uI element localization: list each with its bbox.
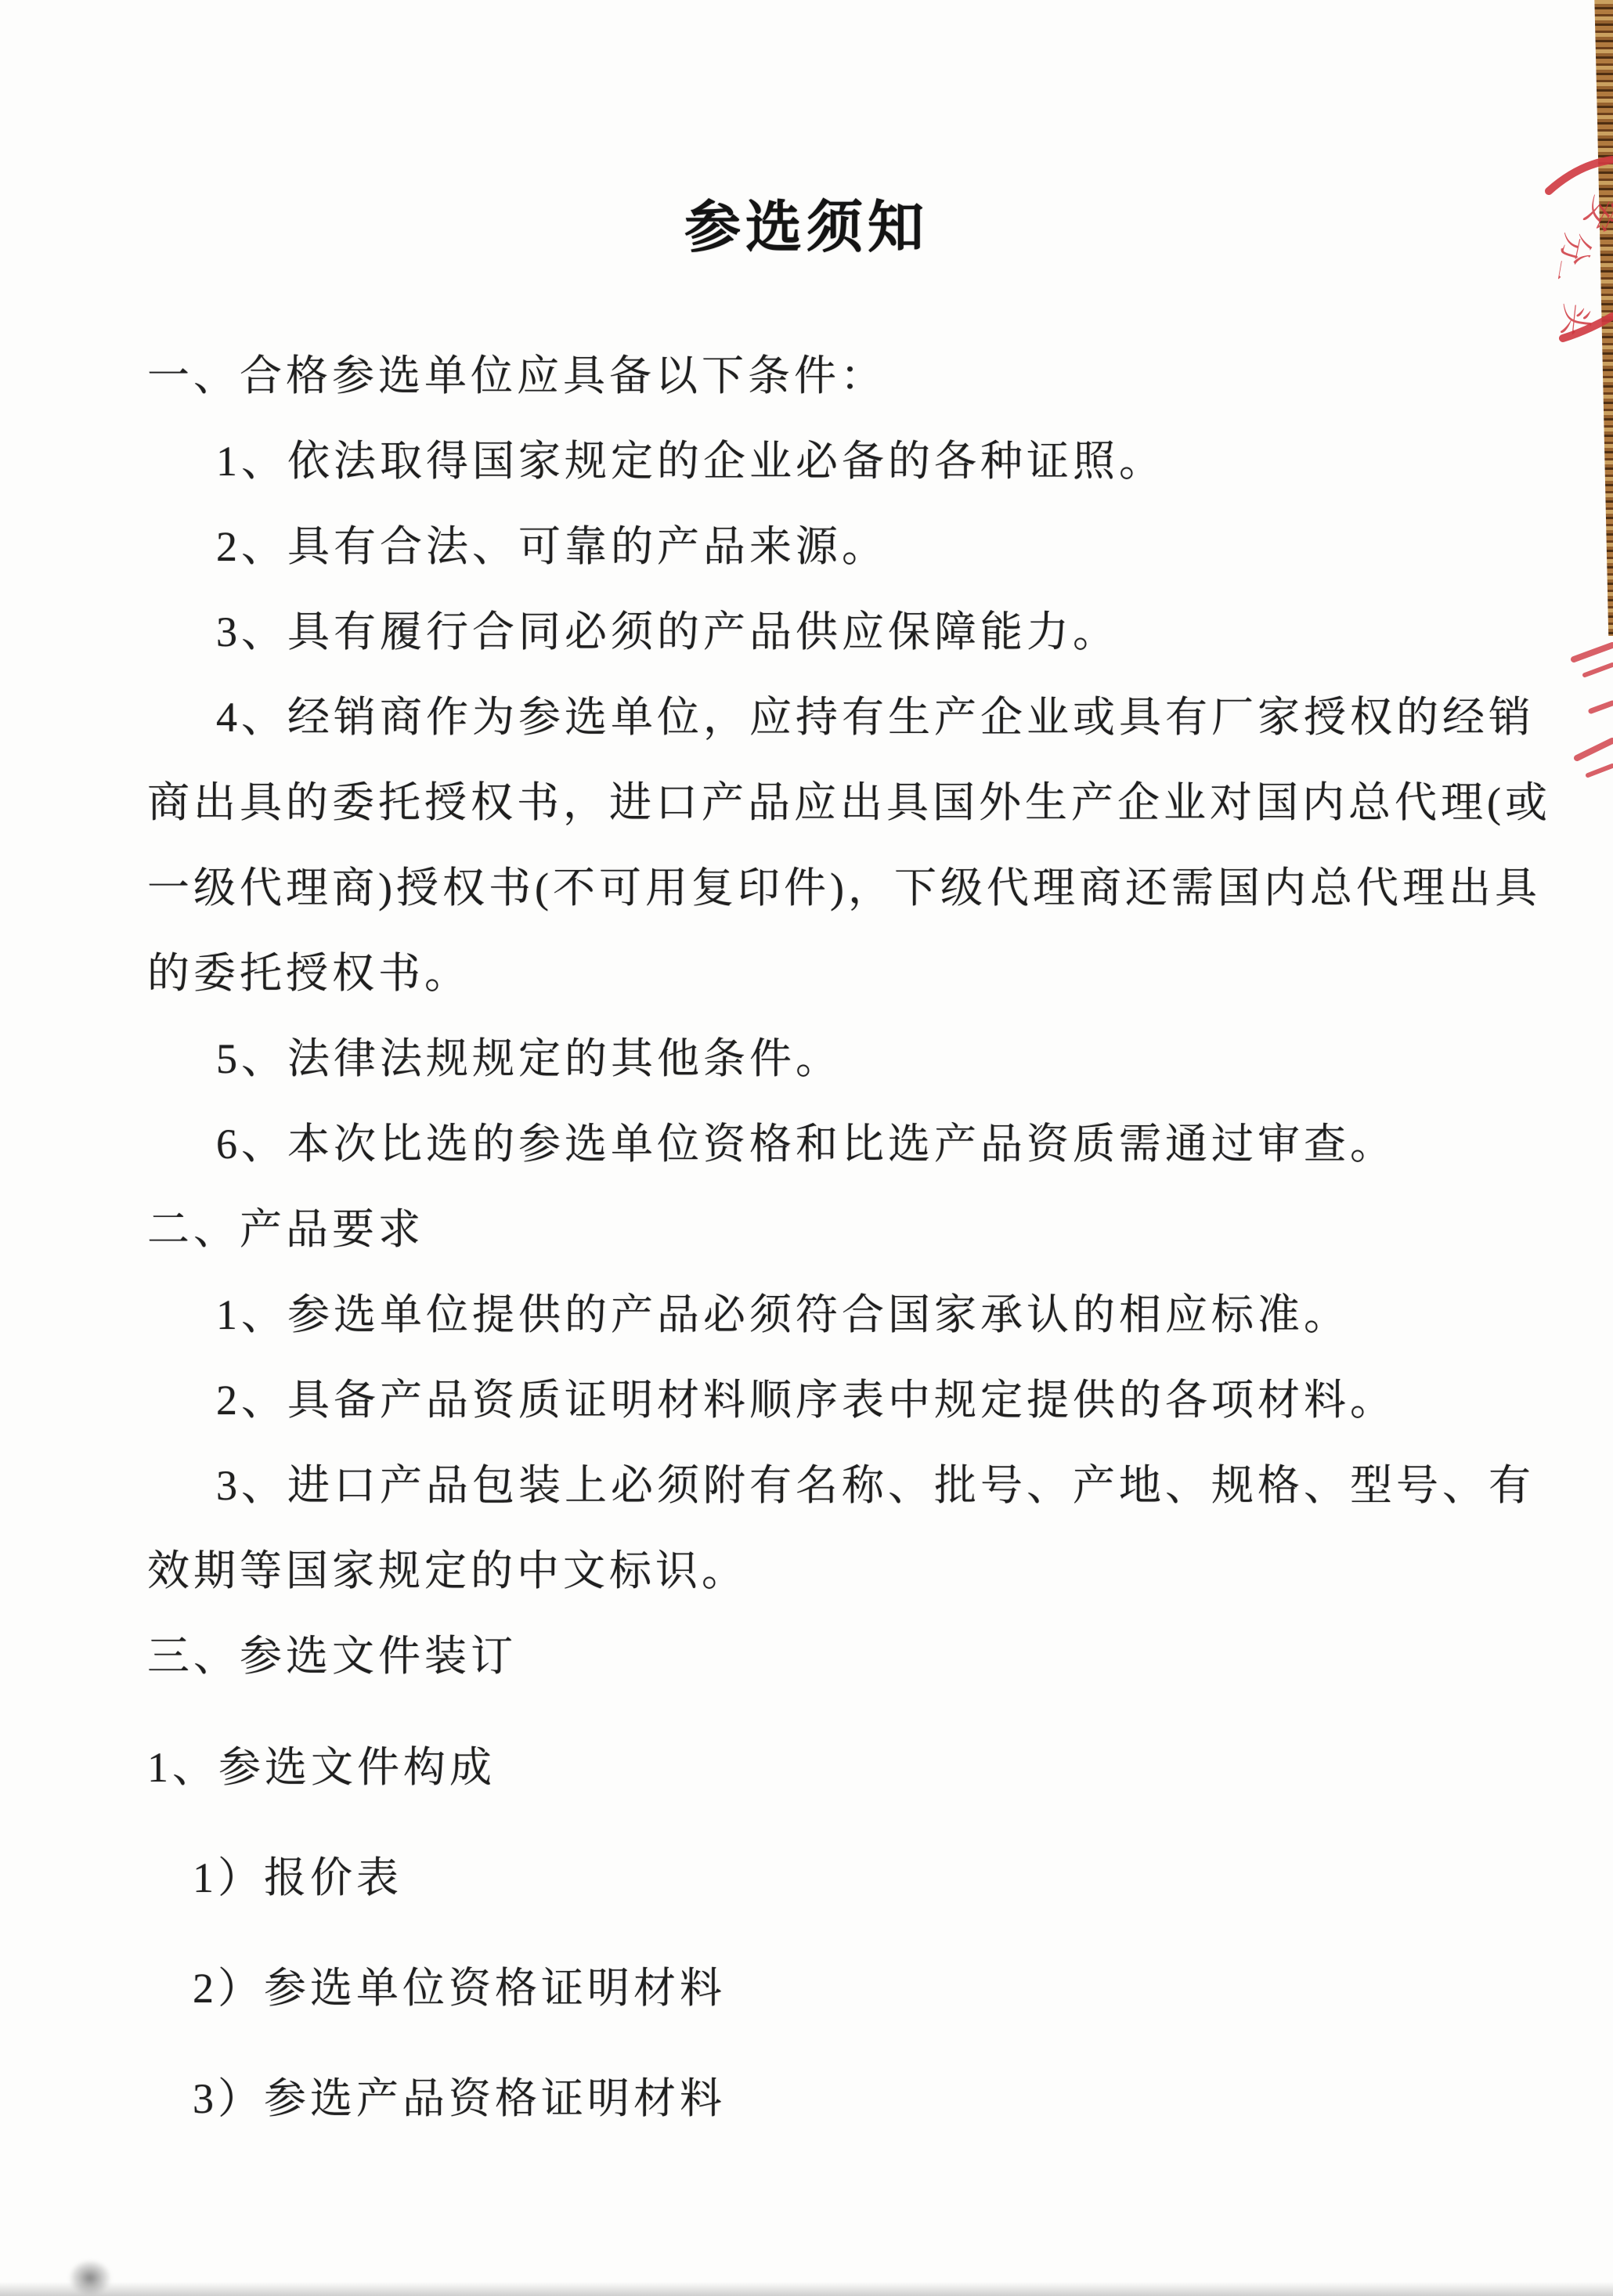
doc-line: 1、参选文件构成 xyxy=(147,1713,1566,1823)
doc-line: 3、具有履行合同必须的产品供应保障能力。 xyxy=(147,590,1566,675)
doc-line: 1）报价表 xyxy=(147,1823,1566,1933)
scanned-document-page: 参选须知 一、合格参选单位应具备以下条件： 1、依法取得国家规定的企业必备的各种… xyxy=(0,0,1613,2296)
doc-line: 3、进口产品包装上必须附有名称、批号、产地、规格、型号、有 xyxy=(147,1443,1566,1529)
doc-line: 一级代理商)授权书(不可用复印件)，下级代理商还需国内总代理出具 xyxy=(147,846,1566,931)
red-seal-stamp-icon: 安 分 一 头 xyxy=(1528,143,1613,351)
doc-line: 1、参选单位提供的产品必须符合国家承认的相应标准。 xyxy=(147,1273,1566,1358)
doc-line: 2、具有合法、可靠的产品来源。 xyxy=(147,504,1566,590)
doc-line: 一、合格参选单位应具备以下条件： xyxy=(147,334,1566,419)
scan-edge-shadow xyxy=(0,2282,1613,2296)
doc-line: 2）参选单位资格证明材料 xyxy=(147,1933,1566,2044)
red-seal-fragment-icon xyxy=(1568,641,1613,797)
doc-line: 的委托授权书。 xyxy=(147,931,1566,1016)
svg-text:一: 一 xyxy=(1546,258,1572,282)
doc-line: 商出具的委托授权书，进口产品应出具国外生产企业对国内总代理(或 xyxy=(147,760,1566,846)
doc-line: 2、具备产品资质证明材料顺序表中规定提供的各项材料。 xyxy=(147,1358,1566,1443)
doc-line: 1、依法取得国家规定的企业必备的各种证照。 xyxy=(147,419,1566,504)
document-body-tail: 1、参选文件构成 1）报价表 2）参选单位资格证明材料 3）参选产品资格证明材料 xyxy=(147,1713,1566,2154)
doc-line: 二、产品要求 xyxy=(147,1187,1566,1273)
doc-line: 4、经销商作为参选单位，应持有生产企业或具有厂家授权的经销 xyxy=(147,675,1566,760)
doc-line: 效期等国家规定的中文标识。 xyxy=(147,1529,1566,1614)
doc-line: 3）参选产品资格证明材料 xyxy=(147,2044,1566,2154)
doc-line: 三、参选文件装订 xyxy=(147,1614,1566,1699)
svg-text:头: 头 xyxy=(1556,301,1596,339)
document-body: 一、合格参选单位应具备以下条件： 1、依法取得国家规定的企业必备的各种证照。 2… xyxy=(147,334,1566,1699)
document-title: 参选须知 xyxy=(0,182,1613,263)
doc-line: 5、法律法规规定的其他条件。 xyxy=(147,1016,1566,1102)
doc-line: 6、本次比选的参选单位资格和比选产品资质需通过审查。 xyxy=(147,1102,1566,1187)
svg-text:安: 安 xyxy=(1577,191,1613,236)
